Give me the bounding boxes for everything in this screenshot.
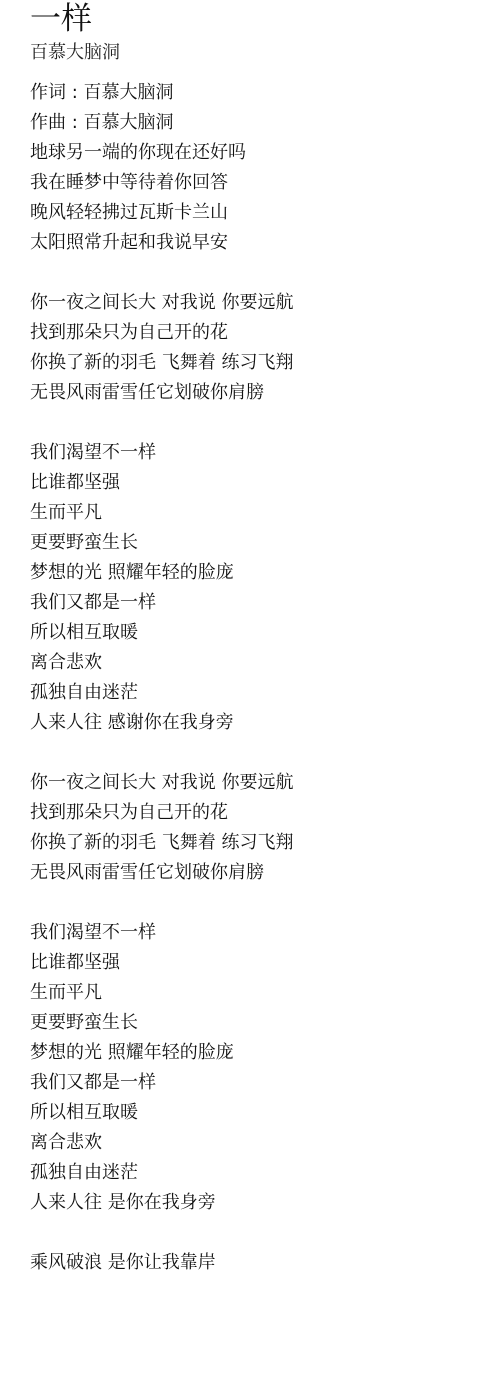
lyric-line: 人来人往 感谢你在我身旁 [30, 708, 293, 738]
stanza-break [30, 888, 293, 918]
stanza-break [30, 258, 293, 288]
song-title: 一样 [30, 0, 92, 38]
lyric-line: 梦想的光 照耀年轻的脸庞 [30, 1038, 293, 1068]
lyric-line: 更要野蛮生长 [30, 528, 293, 558]
lyric-line: 乘风破浪 是你让我靠岸 [30, 1248, 293, 1278]
lyric-line: 无畏风雨雷雪任它划破你肩膀 [30, 378, 293, 408]
lyric-line: 我们又都是一样 [30, 588, 293, 618]
lyric-line: 离合悲欢 [30, 1128, 293, 1158]
stanza-break [30, 408, 293, 438]
stanza-break [30, 738, 293, 768]
lyric-line: 我们渴望不一样 [30, 918, 293, 948]
lyric-line: 所以相互取暖 [30, 1098, 293, 1128]
lyric-line: 孤独自由迷茫 [30, 678, 293, 708]
lyric-line: 太阳照常升起和我说早安 [30, 228, 293, 258]
lyrics-body: 作词 : 百慕大脑洞作曲 : 百慕大脑洞地球另一端的你现在还好吗我在睡梦中等待着… [30, 78, 293, 1278]
lyric-line: 你换了新的羽毛 飞舞着 练习飞翔 [30, 828, 293, 858]
lyric-line: 比谁都坚强 [30, 948, 293, 978]
lyric-line: 我在睡梦中等待着你回答 [30, 168, 293, 198]
lyric-line: 生而平凡 [30, 978, 293, 1008]
lyric-line: 找到那朵只为自己开的花 [30, 318, 293, 348]
lyric-line: 离合悲欢 [30, 648, 293, 678]
lyric-line: 作曲 : 百慕大脑洞 [30, 108, 293, 138]
lyric-line: 比谁都坚强 [30, 468, 293, 498]
lyric-line: 人来人往 是你在我身旁 [30, 1188, 293, 1218]
lyric-line: 我们渴望不一样 [30, 438, 293, 468]
song-artist: 百慕大脑洞 [30, 40, 120, 66]
stanza-break [30, 1218, 293, 1248]
lyric-line: 无畏风雨雷雪任它划破你肩膀 [30, 858, 293, 888]
lyric-line: 所以相互取暖 [30, 618, 293, 648]
lyric-line: 生而平凡 [30, 498, 293, 528]
lyric-line: 作词 : 百慕大脑洞 [30, 78, 293, 108]
lyric-line: 找到那朵只为自己开的花 [30, 798, 293, 828]
lyric-line: 孤独自由迷茫 [30, 1158, 293, 1188]
lyric-line: 更要野蛮生长 [30, 1008, 293, 1038]
lyric-line: 梦想的光 照耀年轻的脸庞 [30, 558, 293, 588]
lyric-line: 你换了新的羽毛 飞舞着 练习飞翔 [30, 348, 293, 378]
lyric-line: 地球另一端的你现在还好吗 [30, 138, 293, 168]
lyric-line: 我们又都是一样 [30, 1068, 293, 1098]
lyric-line: 晚风轻轻拂过瓦斯卡兰山 [30, 198, 293, 228]
lyric-line: 你一夜之间长大 对我说 你要远航 [30, 288, 293, 318]
lyric-line: 你一夜之间长大 对我说 你要远航 [30, 768, 293, 798]
